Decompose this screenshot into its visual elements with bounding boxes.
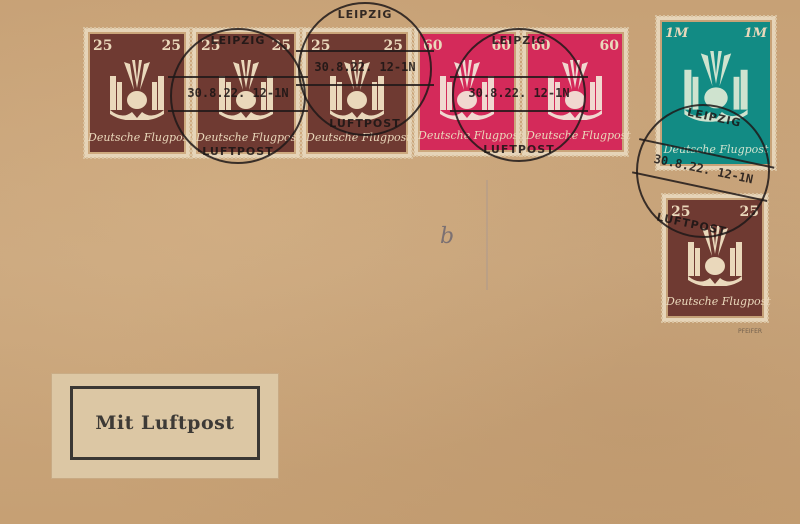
stamp-1m: 1M 1M Deutsche Flugpost	[656, 16, 776, 170]
faint-pencil-line	[486, 180, 488, 290]
stamp-25pf-2: 25 25 Deutsche Flugpost	[192, 28, 300, 158]
printer-mark: PFEIFER	[738, 328, 762, 335]
stamp-value: 25	[384, 38, 403, 54]
stamp-value: 25	[671, 204, 690, 220]
stamp-caption: Deutsche Flugpost	[306, 131, 408, 144]
stamp-value: 60	[531, 38, 550, 54]
stamp-60pf-2: 60 60 Deutsche Flugpost	[522, 28, 628, 156]
stamp-value: 60	[492, 38, 511, 54]
stamp-25pf-4: 25 25 Deutsche Flugpost	[662, 194, 768, 322]
pigeon-icon	[102, 58, 172, 120]
pigeon-icon	[432, 58, 502, 120]
label-frame: Mit Luftpost	[70, 386, 260, 460]
stamp-caption: Deutsche Flugpost	[660, 143, 772, 156]
stamp-25pf-1: 25 25 Deutsche Flugpost	[84, 28, 190, 158]
stamp-value: 25	[311, 38, 330, 54]
pigeon-icon	[540, 58, 610, 120]
stamp-value: 25	[93, 38, 112, 54]
stamp-value: 60	[600, 38, 619, 54]
stamp-value: 25	[272, 38, 291, 54]
pigeon-icon	[675, 46, 757, 124]
stamp-caption: Deutsche Flugpost	[666, 295, 764, 308]
stamp-caption: Deutsche Flugpost	[88, 131, 186, 144]
stamp-value: 1M	[744, 26, 767, 41]
stamp-caption: Deutsche Flugpost	[526, 129, 624, 142]
stamp-caption: Deutsche Flugpost	[196, 131, 296, 144]
airmail-label: Mit Luftpost	[52, 374, 278, 478]
pigeon-icon	[211, 58, 281, 120]
pigeon-icon	[322, 58, 392, 120]
stamp-60pf-1: 60 60 Deutsche Flugpost	[414, 28, 520, 156]
stamp-caption: Deutsche Flugpost	[418, 129, 516, 142]
postmark-city: LEIPZIG	[300, 8, 430, 21]
pencil-mark: b	[440, 224, 454, 249]
stamp-value: 1M	[665, 26, 688, 41]
postal-cover: 25 25 Deutsche Flugpost 25 25 Deutsche F…	[0, 0, 800, 524]
pigeon-icon	[680, 224, 750, 286]
stamp-value: 25	[201, 38, 220, 54]
label-text: Mit Luftpost	[95, 412, 234, 434]
stamp-value: 25	[740, 204, 759, 220]
stamp-value: 60	[423, 38, 442, 54]
stamp-25pf-3: 25 25 Deutsche Flugpost	[302, 28, 412, 158]
stamp-value: 25	[162, 38, 181, 54]
